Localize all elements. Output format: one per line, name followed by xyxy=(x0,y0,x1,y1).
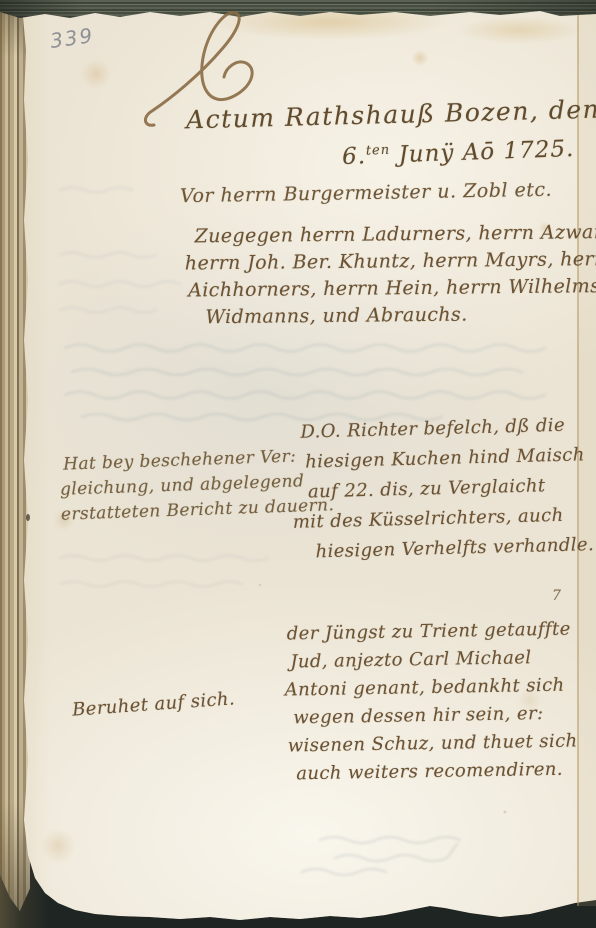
attendees-paragraph: Zuegegen herrn Ladurners, herrn Azwanger… xyxy=(184,219,596,332)
manuscript-scan: 339 Actum Rathshauß Bozen, den 6.ten Jun… xyxy=(0,0,596,928)
date-day: 6. xyxy=(342,143,367,170)
date-ordinal-suffix: ten xyxy=(366,143,391,159)
entry1-body: D.O. Richter befelch, dß die hiesigen Ku… xyxy=(290,410,594,568)
attendees-line: Zuegegen herrn Ladurners, herrn Azwanger… xyxy=(194,219,596,251)
attendees-line: Aichhorners, herrn Hein, herrn Wilhelms xyxy=(188,273,596,305)
ink-speck xyxy=(26,514,30,521)
attendees-line: Widmanns, und Abrauchs. xyxy=(205,300,596,332)
attendees-line: herrn Joh. Ber. Khuntz, herrn Mayrs, her… xyxy=(185,246,596,278)
entry-body-line: auch weiters recomendiren. xyxy=(296,755,578,788)
marginal-mark: 7 xyxy=(552,588,561,604)
entry-body-line: der Jüngst zu Trient getauffte xyxy=(287,615,576,648)
entry2-body: der Jüngst zu Trient getauffte Jud, anje… xyxy=(284,615,579,788)
